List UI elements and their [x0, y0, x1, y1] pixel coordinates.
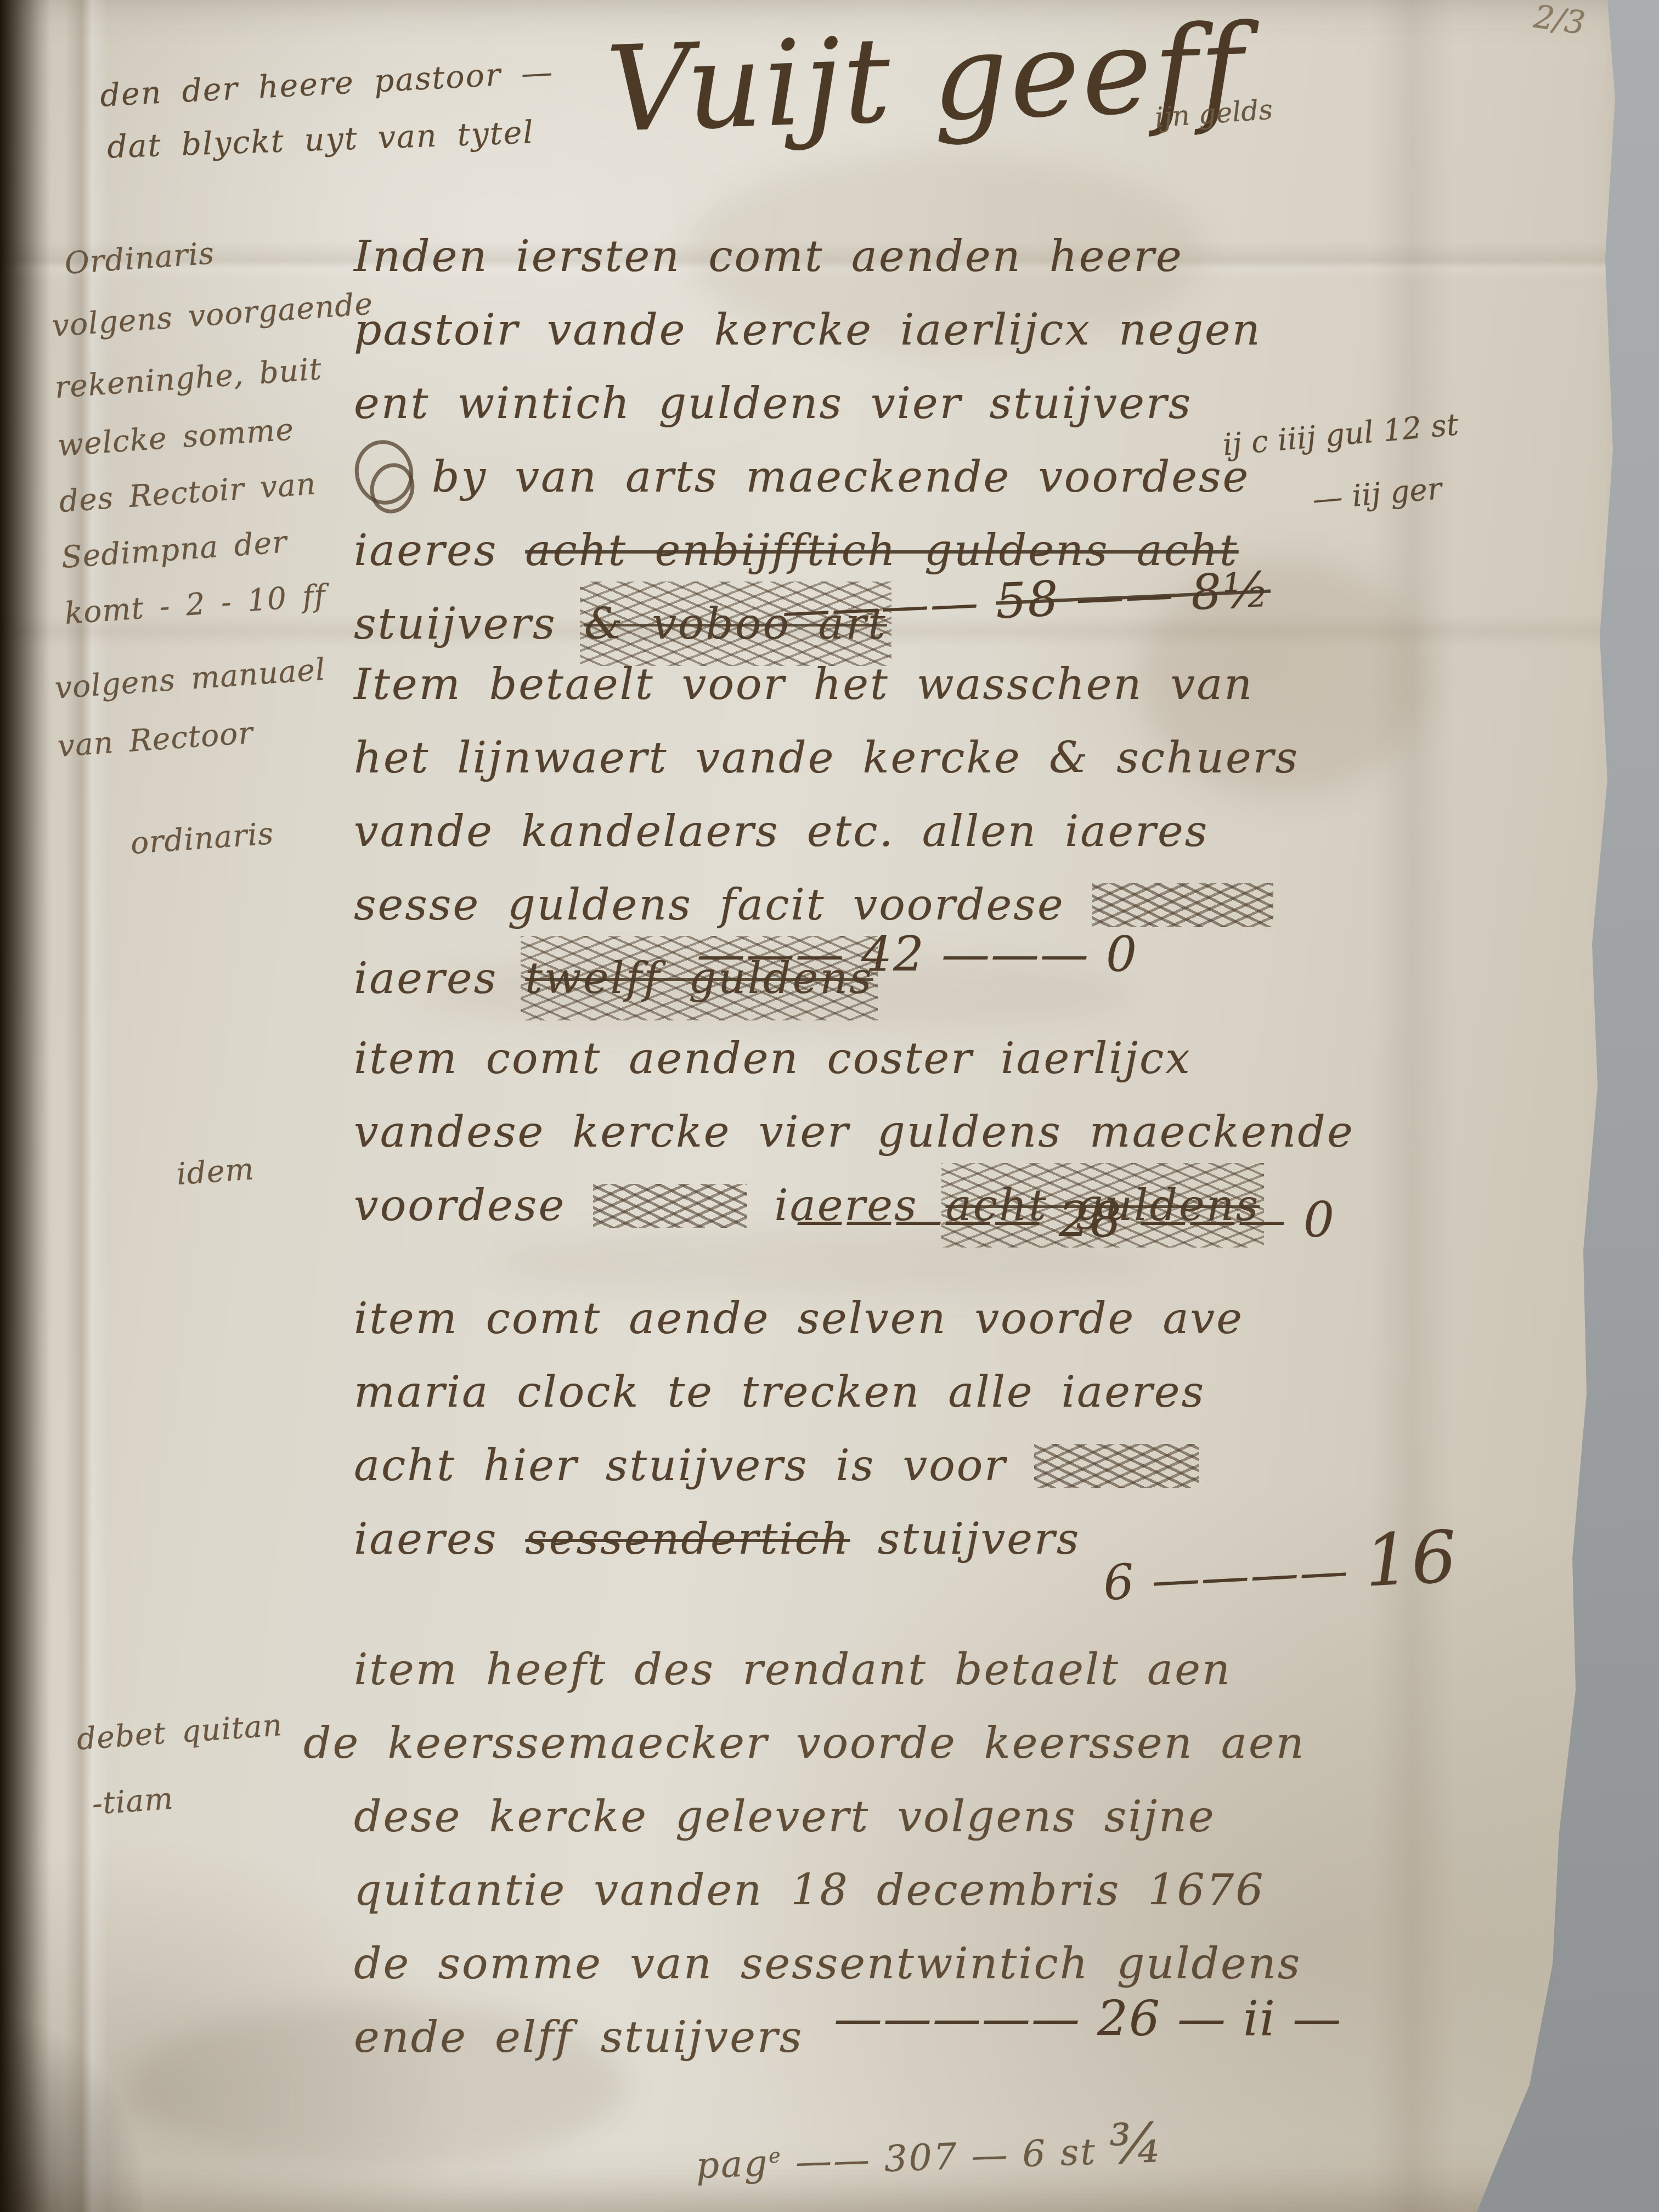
entry-line: item comt aenden coster iaerlijcx	[354, 1022, 1396, 1095]
margin-note-debet-1: debet quitan	[76, 1707, 284, 1757]
struck-text-segment: sessendertich	[525, 1514, 850, 1564]
amount-value: 6	[1102, 1553, 1137, 1611]
scribble-redaction	[1092, 883, 1273, 927]
amount-dash: —————	[795, 1192, 1042, 1248]
amount-value-large: 16	[1363, 1515, 1460, 1603]
entry-line: de somme van sessentwintich guldens	[354, 1927, 1396, 2000]
entry-line: Item betaelt voor het wasschen van	[354, 647, 1396, 721]
text-segment: stuijvers	[850, 1514, 1081, 1564]
text-segment: item comt aenden coster iaerlijcx	[354, 1033, 1192, 1084]
text-segment: Inden iersten comt aenden heere	[354, 231, 1183, 281]
text-segment: acht hier stuijvers is voor	[354, 1440, 1034, 1491]
text-segment: vandese kercke vier guldens maeckende	[354, 1107, 1355, 1157]
amount-dash: ———	[697, 926, 845, 983]
entry-line: quitantie vanden 18 decembris 1676	[354, 1853, 1396, 1927]
text-segment: het lijnwaert vande kercke & schuers	[354, 732, 1299, 783]
amount-dash: ————	[781, 574, 980, 639]
margin-note: van Rectoor	[57, 715, 255, 764]
margin-note: welcke somme	[57, 411, 295, 463]
amount-entry-5: ————— 26 — ii —	[834, 1990, 1342, 2047]
amount-value: 26 — ii —	[1097, 1990, 1342, 2047]
amount-dash: ————	[1150, 1542, 1350, 1609]
manuscript-page: 2/3 den der heere pastoor — dat blyckt u…	[0, 0, 1659, 2212]
entry-line: acht hier stuijvers is voor	[354, 1429, 1396, 1502]
amount-value: 42 ——— 0	[861, 926, 1138, 983]
page-total-line: page —— 307 — 6 st ¾	[695, 2111, 1165, 2191]
total-label-superscript: e	[768, 2143, 782, 2168]
text-segment: de keerssemaecker voorde keerssen aen	[303, 1718, 1306, 1768]
text-segment: de somme van sessentwintich guldens	[354, 1938, 1301, 1989]
amount-value: 28 ——— 0	[1059, 1192, 1335, 1248]
ink-flourish-mark	[354, 440, 419, 510]
margin-note-ordinaris-2: ordinaris	[129, 816, 275, 861]
amount-entry-4: 6 ———— 16	[1101, 1515, 1459, 1617]
book-gutter-edge	[0, 0, 50, 2212]
text-segment: Item betaelt voor het wasschen van	[354, 659, 1254, 709]
entry-line: item heeft des rendant betaelt aen	[354, 1633, 1396, 1706]
text-segment: by van arts maeckende voordese	[432, 452, 1250, 502]
margin-note-ordinaris: Ordinaris	[64, 235, 216, 281]
text-segment: voordese	[354, 1180, 593, 1231]
margin-note: Sedimpna der	[60, 524, 289, 575]
text-segment: quitantie vanden 18 decembris 1676	[354, 1865, 1265, 1915]
page-heading: Vuijt geeff	[604, 0, 1248, 159]
text-segment: dese kercke gelevert volgens sijne	[354, 1791, 1216, 1842]
text-segment: ende elff stuijvers	[354, 2012, 803, 2062]
entry-line: vandese kercke vier guldens maeckende	[354, 1095, 1396, 1169]
entry-line: het lijnwaert vande kercke & schuers	[354, 721, 1396, 794]
entry-line: item comt aende selven voorde ave	[354, 1282, 1396, 1355]
text-segment: iaeres	[354, 1514, 525, 1564]
text-segment: sesse guldens facit voordese	[354, 879, 1092, 930]
top-note-line-2: dat blyckt uyt van tytel	[106, 114, 535, 165]
margin-note-amount: komt - 2 - 10 ff	[64, 578, 327, 631]
entry-line: pastoir vande kercke iaerlijcx negen	[354, 293, 1396, 366]
entry-line: de keerssemaecker voorde keerssen aen	[303, 1706, 1396, 1780]
text-segment: vande kandelaers etc. allen iaeres	[354, 806, 1209, 856]
book-gutter-shadow	[0, 1920, 143, 2212]
entry-line: Inden iersten comt aenden heere	[354, 219, 1396, 293]
total-fraction: ¾	[1108, 2111, 1165, 2176]
top-note-line-1: den der heere pastoor —	[99, 54, 555, 114]
total-label: pag	[695, 2142, 769, 2187]
margin-note-idem: idem	[176, 1151, 256, 1192]
margin-note: volgens manuael	[54, 652, 327, 706]
entry-line: dese kercke gelevert volgens sijne	[354, 1780, 1396, 1853]
photo-background: 2/3 den der heere pastoor — dat blyckt u…	[0, 0, 1659, 2212]
struck-amount-value: 58 —— 8½	[995, 561, 1272, 630]
margin-note: rekeninghe, buit	[54, 351, 323, 405]
folio-mark: 2/3	[1532, 0, 1588, 42]
margin-note-debet-2: -tiam	[91, 1781, 174, 1821]
entry-line: maria clock te trecken alle iaeres	[354, 1355, 1396, 1429]
margin-note: volgens voorgaende	[51, 286, 374, 343]
scribble-redaction	[593, 1184, 747, 1228]
text-segment: ent wintich guldens vier stuijvers	[354, 378, 1192, 428]
amount-entry-2: ——— 42 ——— 0	[697, 926, 1138, 983]
text-segment: iaeres	[354, 953, 525, 1003]
text-segment: stuijvers	[354, 599, 584, 649]
text-segment: item comt aende selven voorde ave	[354, 1293, 1244, 1344]
margin-note: des Rectoir van	[58, 466, 317, 519]
scribble-redaction	[1034, 1444, 1199, 1488]
text-segment: maria clock te trecken alle iaeres	[354, 1367, 1205, 1417]
amount-entry-3: ————— 28 ——— 0	[795, 1192, 1335, 1248]
entry-line: vande kandelaers etc. allen iaeres	[354, 794, 1396, 868]
total-amount: —— 307 — 6 st	[795, 2130, 1098, 2183]
amount-dash: —————	[834, 1990, 1081, 2047]
text-segment: pastoir vande kercke iaerlijcx negen	[354, 304, 1262, 355]
text-segment: iaeres	[354, 525, 525, 575]
text-segment: item heeft des rendant betaelt aen	[354, 1644, 1232, 1695]
